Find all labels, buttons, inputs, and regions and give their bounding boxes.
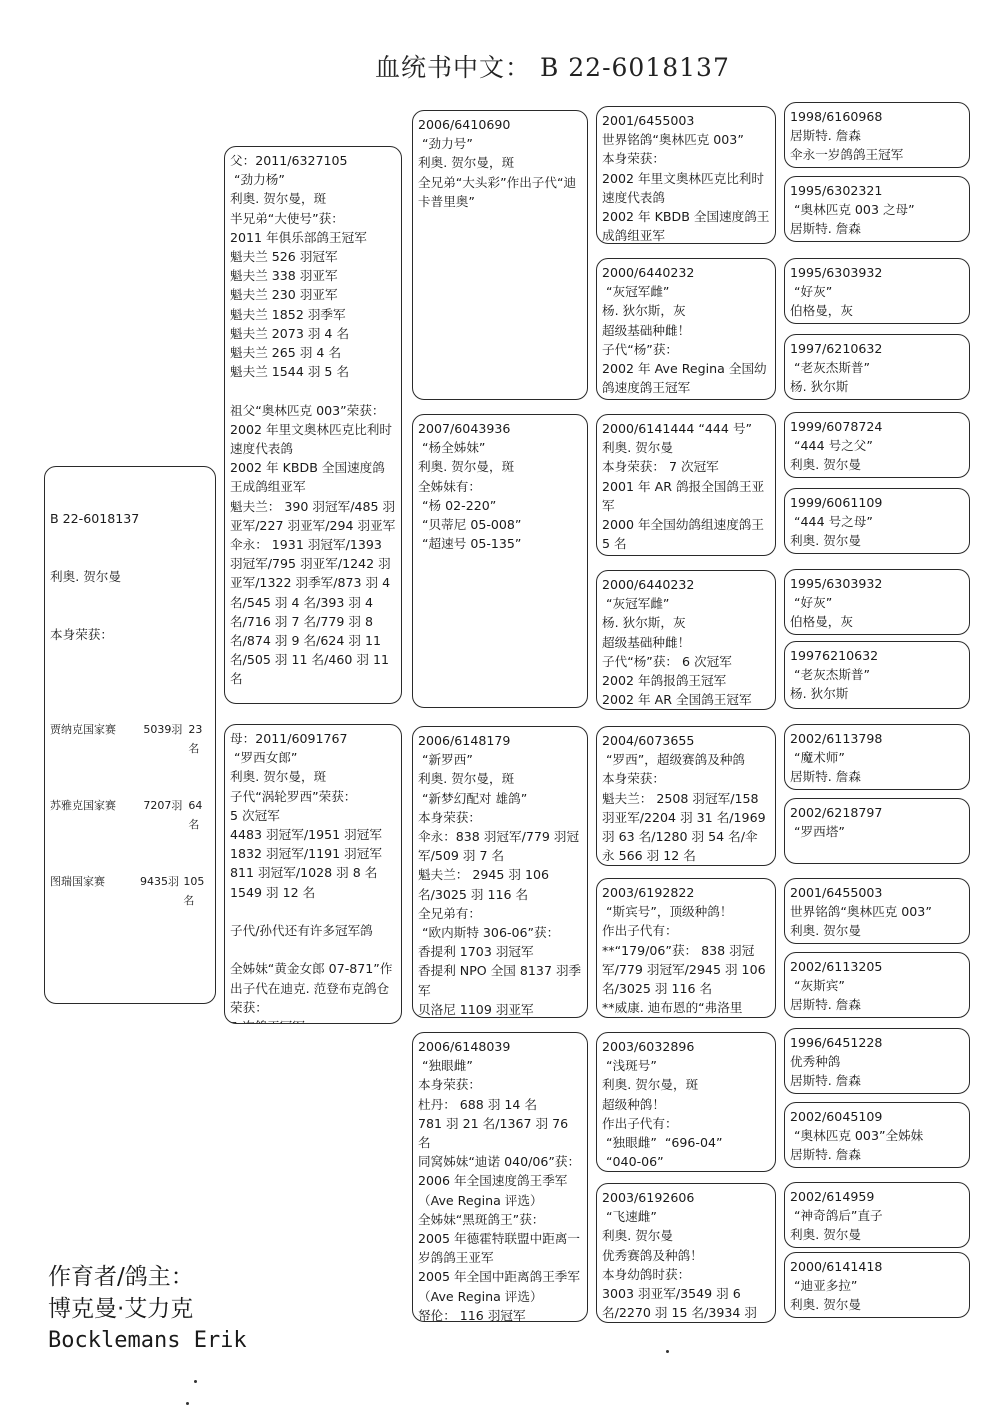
results-list: 贾纳克国家赛 5039羽 23名 苏雅克国家赛 7207羽 64名 图瑞国家赛 … — [50, 682, 210, 948]
great-grandparent-card: 2001/6455003 世界铭鸽“奥林匹克 003” 本身荣获： 2002 年… — [596, 106, 776, 244]
gg-grandparent-card: 1995/6302321 “奥林匹克 003 之母” 居斯特. 詹森 — [784, 176, 970, 242]
gg-grandparent-card: 1999/6061109 “444 号之母” 利奥. 贺尔曼 — [784, 488, 970, 554]
great-grandparent-card: 2003/6192822 “斯宾号”，顶级种鸽！ 作出子代有： **“179/0… — [596, 878, 776, 1018]
gg-grandparent-card: 2002/6218797 “罗西塔” — [784, 798, 970, 864]
gg-grandparent-card: 2000/6141418 “迪亚多拉” 利奥. 贺尔曼 — [784, 1252, 970, 1318]
gg-grandparent-card: 1999/6078724 “444 号之父” 利奥. 贺尔曼 — [784, 412, 970, 478]
result-row: 图瑞国家赛 9435羽 105名 — [50, 872, 210, 910]
gg-grandparent-card: 2002/6113798 “魔术师” 居斯特. 詹森 — [784, 724, 970, 790]
gg-grandparent-card: 2002/614959 “神奇鸽后”直子 利奥. 贺尔曼 — [784, 1182, 970, 1248]
gg-grandparent-card: 2001/6455003 世界铭鸽“奥林匹克 003” 利奥. 贺尔曼 — [784, 878, 970, 944]
great-grandparent-card: 2000/6440232 “灰冠军雌” 杨. 狄尔斯，灰 超级基础种雌！ 子代“… — [596, 570, 776, 710]
result-row: 贾纳克国家赛 5039羽 23名 — [50, 720, 210, 758]
grandparent-card-maternal-sire: 2006/6148179 “新罗西” 利奥. 贺尔曼，斑 “新梦幻配对 雄鸽” … — [412, 726, 588, 1018]
scan-speck — [186, 1402, 189, 1405]
gg-grandparent-card: 1995/6303932 “好灰” 伯格曼，灰 — [784, 258, 970, 324]
breeder-block: 作育者/鸽主： 博克曼·艾力克 Bocklemans Erik — [48, 1262, 247, 1356]
result-row: 苏雅克国家赛 7207羽 64名 — [50, 796, 210, 834]
great-grandparent-card: 2000/6141444 “444 号” 利奥. 贺尔曼 本身荣获： 7 次冠军… — [596, 414, 776, 556]
gg-grandparent-card: 1995/6303932 “好灰” 伯格曼，灰 — [784, 569, 970, 635]
gg-grandparent-card: 1998/6160968 居斯特. 詹森 伞永一岁鸽鸽王冠军 — [784, 102, 970, 168]
grandparent-card-paternal-dam: 2007/6043936 “杨全姊妹” 利奥. 贺尔曼，斑 全姊妹有： “杨 0… — [412, 414, 588, 708]
results-heading: 本身荣获： — [50, 625, 210, 644]
scan-speck — [666, 1350, 669, 1353]
sire-card: 父：2011/6327105 “劲力杨” 利奥. 贺尔曼，斑 半兄弟“大使号”获… — [224, 146, 402, 704]
grandparent-card-paternal-sire: 2006/6410690 “劲力号” 利奥. 贺尔曼，斑 全兄弟“大头彩”作出子… — [412, 110, 588, 400]
gg-grandparent-card: 19976210632 “老灰杰斯普” 杨. 狄尔斯 — [784, 641, 970, 709]
great-grandparent-card: 2004/6073655 “罗西”，超级赛鸽及种鸽 本身荣获： 魁夫兰： 250… — [596, 726, 776, 866]
breeder-name-cn: 博克曼·艾力克 — [48, 1292, 247, 1326]
ring-number: B 22-6018137 — [50, 509, 210, 528]
grandparent-card-maternal-dam: 2006/6148039 “独眼雌” 本身荣获： 杜丹： 688 羽 14 名 … — [412, 1032, 588, 1322]
gg-grandparent-card: 1996/6451228 优秀种鸽 居斯特. 詹森 — [784, 1028, 970, 1094]
gg-grandparent-card: 1997/6210632 “老灰杰斯普” 杨. 狄尔斯 — [784, 334, 970, 400]
breeder-label: 作育者/鸽主： — [48, 1262, 247, 1292]
great-grandparent-card: 2003/6032896 “浅斑号” 利奥. 贺尔曼，斑 超级种鸽！ 作出子代有… — [596, 1032, 776, 1172]
gg-grandparent-card: 2002/6113205 “灰斯宾” 居斯特. 詹森 — [784, 952, 970, 1018]
dam-card: 母：2011/6091767 “罗西女郎” 利奥. 贺尔曼，斑 子代“涡轮罗西”… — [224, 724, 402, 1024]
great-grandparent-card: 2000/6440232 “灰冠军雌” 杨. 狄尔斯，灰 超级基础种雌！ 子代“… — [596, 258, 776, 400]
gg-grandparent-card: 2002/6045109 “奥林匹克 003”全姊妹 居斯特. 詹森 — [784, 1102, 970, 1168]
great-grandparent-card: 2003/6192606 “飞速雌” 利奥. 贺尔曼 优秀赛鸽及种鸽！ 本身幼鸽… — [596, 1183, 776, 1323]
scan-speck — [194, 1380, 197, 1383]
breeder-name-en: Bocklemans Erik — [48, 1326, 247, 1356]
owner: 利奥. 贺尔曼 — [50, 567, 210, 586]
subject-pigeon-card: B 22-6018137 利奥. 贺尔曼 本身荣获： 贾纳克国家赛 5039羽 … — [44, 466, 216, 1004]
page-title: 血统书中文： B 22-6018137 — [375, 48, 730, 84]
